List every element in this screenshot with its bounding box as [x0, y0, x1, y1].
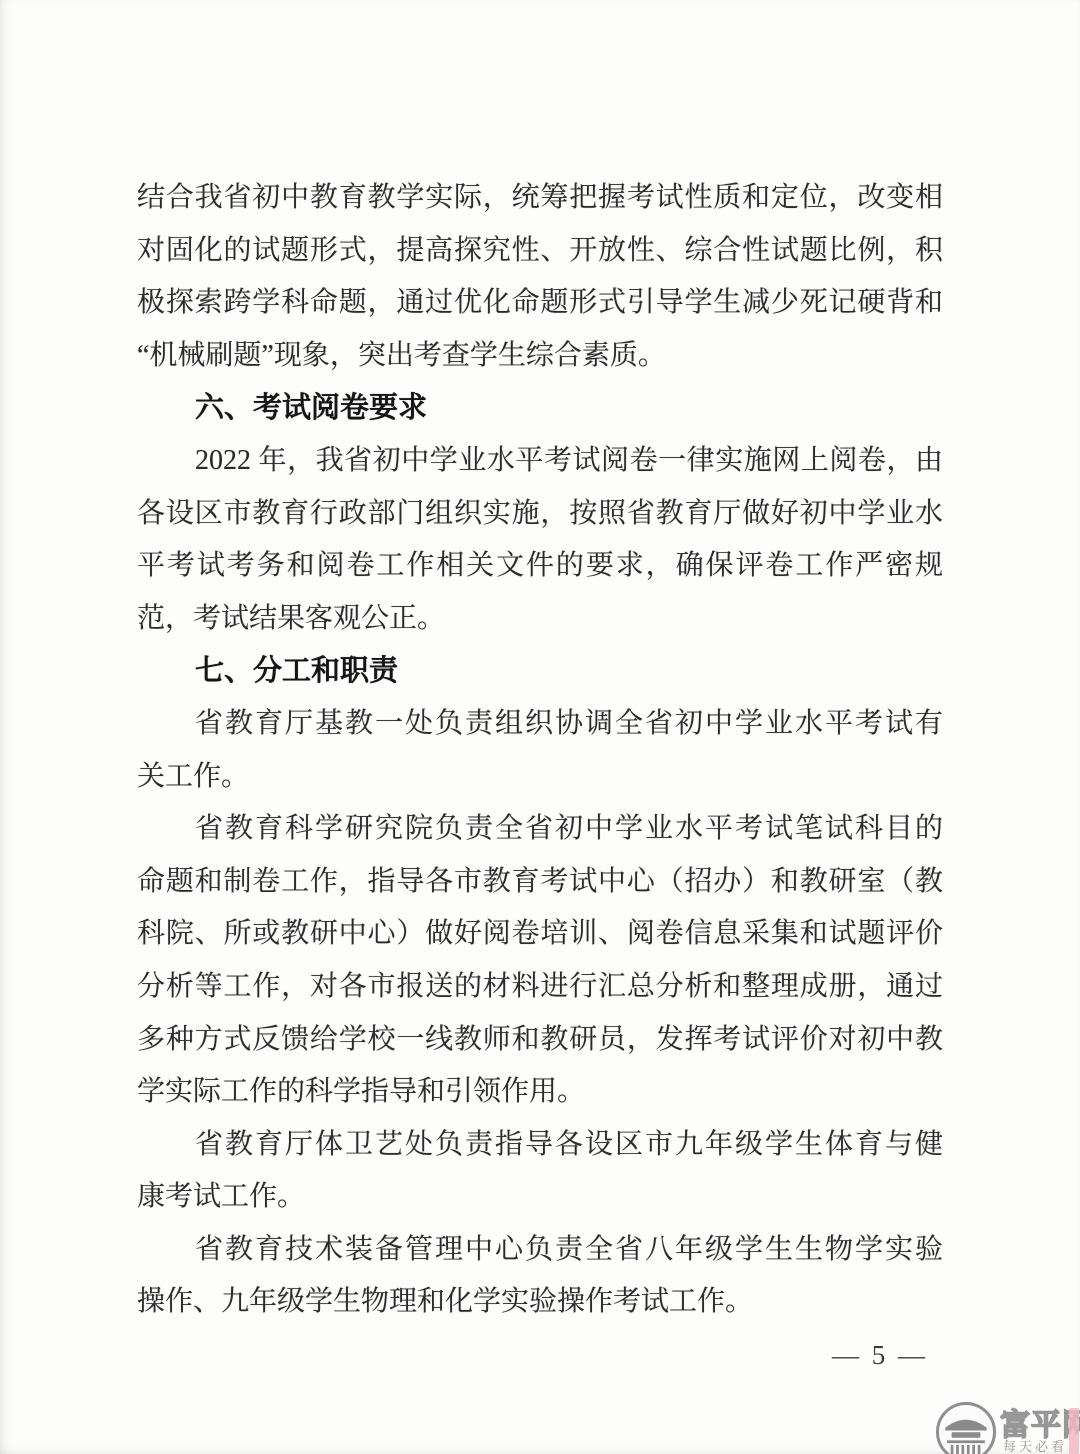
body-line: 关工作。	[137, 751, 943, 804]
document-body: 结合我省初中教育教学实际，统筹把握考试性质和定位，改变相 对固化的试题形式，提高…	[137, 172, 943, 1329]
body-line: 各设区市教育行政部门组织实施，按照省教育厅做好初中学业水	[137, 488, 943, 541]
body-line: 分析等工作，对各市报送的材料进行汇总分析和整理成册，通过	[137, 961, 943, 1014]
body-line: 结合我省初中教育教学实际，统筹把握考试性质和定位，改变相	[137, 172, 943, 225]
body-line: 极探索跨学科命题，通过优化命题形式引导学生减少死记硬背和	[137, 277, 943, 330]
watermark-tagline: 每天必看	[1003, 1436, 1067, 1454]
body-line: 康考试工作。	[137, 1171, 943, 1224]
page-number: — 5 —	[832, 1340, 928, 1371]
body-line: 多种方式反馈给学校一线教师和教研员，发挥考试评价对初中教	[137, 1014, 943, 1067]
body-line: 省教育技术装备管理中心负责全省八年级学生生物学实验	[137, 1224, 943, 1277]
body-line: 对固化的试题形式，提高探究性、开放性、综合性试题比例，积	[137, 225, 943, 278]
body-line: 学实际工作的科学指导和引领作用。	[137, 1066, 943, 1119]
body-line: 科院、所或教研中心）做好阅卷培训、阅卷信息采集和试题评价	[137, 908, 943, 961]
fupingwang-watermark: 富平网 每天必看	[926, 1396, 1080, 1454]
body-line: 范，考试结果客观公正。	[137, 593, 943, 646]
body-line: 省教育厅体卫艺处负责指导各设区市九年级学生体育与健	[137, 1119, 943, 1172]
body-line: 省教育厅基教一处负责组织协调全省初中学业水平考试有	[137, 698, 943, 751]
body-line: 操作、九年级学生物理和化学实验操作考试工作。	[137, 1276, 943, 1329]
scan-pink-artifact	[1069, 1408, 1079, 1454]
gate-tower-icon	[936, 1402, 996, 1454]
body-line: 平考试考务和阅卷工作相关文件的要求，确保评卷工作严密规	[137, 540, 943, 593]
body-line: 2022 年，我省初中学业水平考试阅卷一律实施网上阅卷，由	[137, 435, 943, 488]
body-line: “机械刷题”现象，突出考查学生综合素质。	[137, 330, 943, 383]
section-heading-7: 七、分工和职责	[137, 645, 943, 698]
scanned-document-page: 结合我省初中教育教学实际，统筹把握考试性质和定位，改变相 对固化的试题形式，提高…	[0, 0, 1080, 1454]
body-line: 省教育科学研究院负责全省初中学业水平考试笔试科目的	[137, 803, 943, 856]
body-line: 命题和制卷工作，指导各市教育考试中心（招办）和教研室（教	[137, 856, 943, 909]
section-heading-6: 六、考试阅卷要求	[137, 382, 943, 435]
